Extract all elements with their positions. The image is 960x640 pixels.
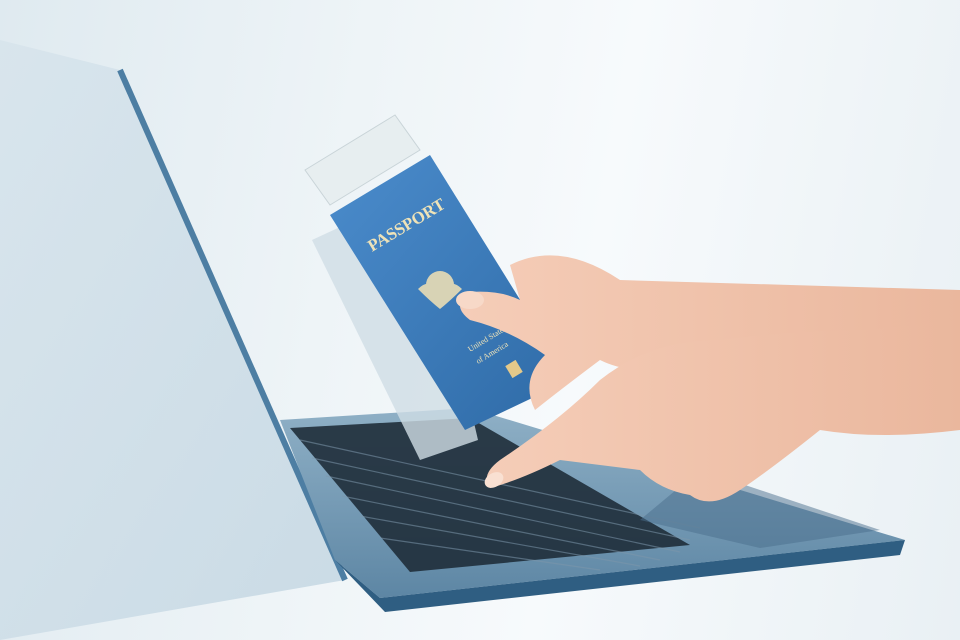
photo-illustration: PASSPORT United States of America	[0, 0, 960, 640]
laptop-screen	[0, 40, 345, 640]
photo-scene: PASSPORT United States of America	[0, 0, 960, 640]
